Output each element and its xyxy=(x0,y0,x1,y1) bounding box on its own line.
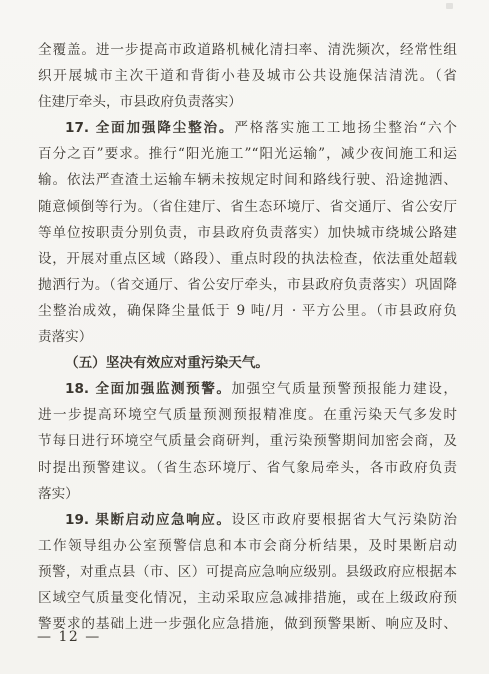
document-text: 全覆盖。进一步提高市政道路机械化清扫率、清洗频次，经常性组织开展城市主次干道和背… xyxy=(38,37,457,637)
page-number: — 12 — xyxy=(37,629,101,645)
text-line: 住建厅牵头，市县政府负责落实） xyxy=(38,89,457,115)
text-segment: 织开展城市主次干道和背街小巷及城市公共设施保洁清洗。（省 xyxy=(38,68,457,84)
bold-text-segment: 19. 果断启动应急响应。 xyxy=(65,512,232,528)
text-line: 进一步提高环境空气质量预测预报精准度。在重污染天气多发时 xyxy=(38,402,457,428)
text-segment: 预警，对重点县（市、区）可提高应急响应级别。县级政府应根据本 xyxy=(38,564,457,580)
text-segment: 百分之百”要求。推行“阳光施工”“阳光运输”，减少夜间施工和运 xyxy=(38,146,457,162)
text-line: 预警，对重点县（市、区）可提高应急响应级别。县级政府应根据本 xyxy=(38,559,457,585)
text-segment: 全覆盖。进一步提高市政道路机械化清扫率、清洗频次，经常性组 xyxy=(38,42,457,58)
bold-text-segment: （五）坚决有效应对重污染天气。 xyxy=(65,355,269,371)
text-line: 区域空气质量变化情况，主动采取应急减排措施，或在上级政府预 xyxy=(38,585,457,611)
text-line: 抛洒行为。（省交通厅、省公安厅牵头，市县政府负责落实）巩固降 xyxy=(38,272,457,298)
text-segment: 加强空气质量预警预报能力建设， xyxy=(232,381,457,397)
text-line: 时提出预警建议。（省生态环境厅、省气象局牵头，各市政府负责 xyxy=(38,455,457,481)
bold-text-segment: 17. 全面加强降尘整治。 xyxy=(65,120,234,136)
text-segment: 责落实） xyxy=(38,329,92,345)
scan-artifact xyxy=(446,3,453,9)
text-line: 17. 全面加强降尘整治。严格落实施工工地扬尘整治“六个 xyxy=(38,115,457,141)
text-segment: 严格落实施工工地扬尘整治“六个 xyxy=(234,120,457,136)
text-line: 等单位按职责分别负责，市县政府负责落实）加快城市绕城公路建 xyxy=(38,220,457,246)
text-segment: 落实） xyxy=(38,486,79,502)
text-line: 尘整治成效，确保降尘量低于 9 吨/月 · 平方公里。（市县政府负 xyxy=(38,298,457,324)
text-segment: 工作领导组办公室预警信息和本市会商分析结果，及时果断启动 xyxy=(38,538,457,554)
text-line: 百分之百”要求。推行“阳光施工”“阳光运输”，减少夜间施工和运 xyxy=(38,141,457,167)
text-segment: 住建厅牵头，市县政府负责落实） xyxy=(38,94,242,110)
text-line: 落实） xyxy=(38,481,457,507)
text-segment: 区域空气质量变化情况，主动采取应急减排措施，或在上级政府预 xyxy=(38,590,457,606)
text-line: 警要求的基础上进一步强化应急措施，做到预警果断、响应及时、 xyxy=(38,611,457,637)
text-line: 19. 果断启动应急响应。设区市政府要根据省大气污染防治 xyxy=(38,507,457,533)
text-line: 设，开展对重点区域（路段）、重点时段的执法检查，依法重处超载 xyxy=(38,246,457,272)
text-segment: 时提出预警建议。（省生态环境厅、省气象局牵头，各市政府负责 xyxy=(38,460,457,476)
text-segment: 节每日进行环境空气质量会商研判，重污染预警期间加密会商，及 xyxy=(38,433,457,449)
text-line: 工作领导组办公室预警信息和本市会商分析结果，及时果断启动 xyxy=(38,533,457,559)
text-segment: 输。依法严查渣土运输车辆未按规定时间和路线行驶、沿途抛洒、 xyxy=(38,172,457,188)
text-segment: 尘整治成效，确保降尘量低于 9 吨/月 · 平方公里。（市县政府负 xyxy=(38,303,457,319)
document-page: 全覆盖。进一步提高市政道路机械化清扫率、清洗频次，经常性组织开展城市主次干道和背… xyxy=(0,0,489,674)
text-line: （五）坚决有效应对重污染天气。 xyxy=(38,350,457,376)
text-line: 织开展城市主次干道和背街小巷及城市公共设施保洁清洗。（省 xyxy=(38,63,457,89)
text-segment: 随意倾倒等行为。（省住建厅、省生态环境厅、省交通厅、省公安厅 xyxy=(38,199,457,215)
text-line: 节每日进行环境空气质量会商研判，重污染预警期间加密会商，及 xyxy=(38,428,457,454)
text-segment: 等单位按职责分别负责，市县政府负责落实）加快城市绕城公路建 xyxy=(38,225,457,241)
text-segment: 抛洒行为。（省交通厅、省公安厅牵头，市县政府负责落实）巩固降 xyxy=(38,277,457,293)
text-line: 输。依法严查渣土运输车辆未按规定时间和路线行驶、沿途抛洒、 xyxy=(38,167,457,193)
text-segment: 进一步提高环境空气质量预测预报精准度。在重污染天气多发时 xyxy=(38,407,457,423)
text-segment: 警要求的基础上进一步强化应急措施，做到预警果断、响应及时、 xyxy=(38,616,457,632)
text-line: 责落实） xyxy=(38,324,457,350)
bold-text-segment: 18. 全面加强监测预警。 xyxy=(65,381,232,397)
text-line: 随意倾倒等行为。（省住建厅、省生态环境厅、省交通厅、省公安厅 xyxy=(38,194,457,220)
text-segment: 设，开展对重点区域（路段）、重点时段的执法检查，依法重处超载 xyxy=(38,251,457,267)
text-segment: 设区市政府要根据省大气污染防治 xyxy=(232,512,457,528)
text-line: 18. 全面加强监测预警。加强空气质量预警预报能力建设， xyxy=(38,376,457,402)
text-line: 全覆盖。进一步提高市政道路机械化清扫率、清洗频次，经常性组 xyxy=(38,37,457,63)
